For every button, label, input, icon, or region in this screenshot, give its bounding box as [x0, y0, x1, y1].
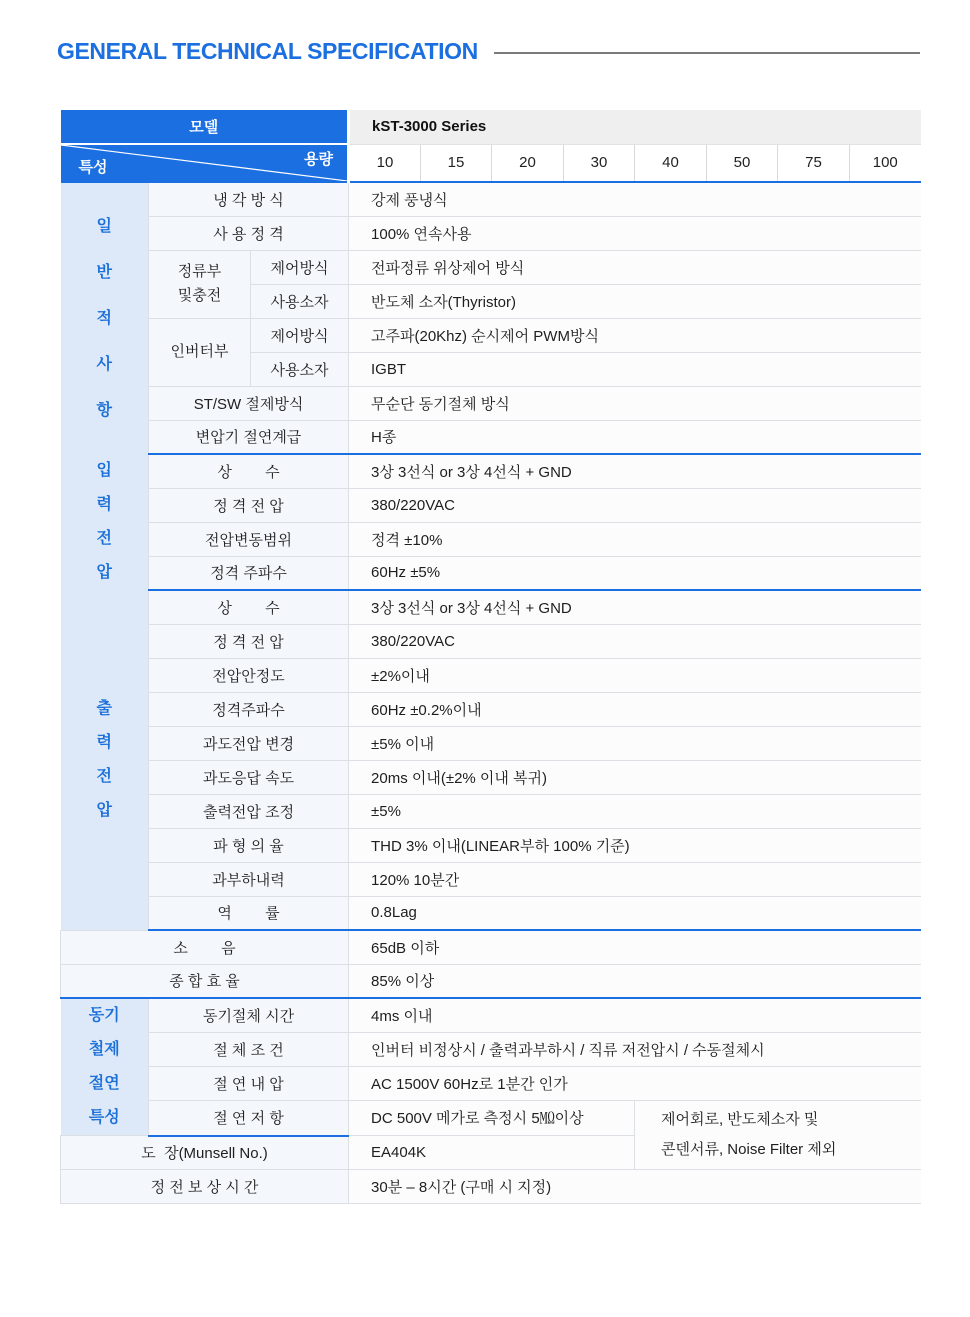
spec-row: 출력전압 조정 ±5% — [61, 794, 921, 828]
spec-row-value: 0.8Lag — [349, 896, 921, 930]
spec-row: 정격주파수 60Hz ±0.2%이내 — [61, 692, 921, 726]
spec-row-value: IGBT — [349, 352, 921, 386]
spec-row-value: 100% 연속사용 — [349, 216, 921, 250]
spec-row-label: 전압안정도 — [149, 658, 349, 692]
spec-row-value: 85% 이상 — [349, 964, 921, 998]
capacity-header: 30 — [564, 144, 635, 182]
capacity-header: 15 — [421, 144, 492, 182]
capacity-header: 10 — [349, 144, 421, 182]
spec-row: 정 격 전 압 380/220VAC — [61, 624, 921, 658]
group-rectifier: 정류부 및충전 — [149, 250, 251, 318]
spec-row-value: DC 500V 메가로 측정시 5㏁이상 — [349, 1100, 635, 1136]
spec-row: 소 음 65dB 이하 — [61, 930, 921, 964]
spec-row: 정격 주파수 60Hz ±5% — [61, 556, 921, 590]
capacity-header: 75 — [778, 144, 850, 182]
axis-header-cell: 특성 용량 — [61, 144, 349, 182]
category-output: 출 력 전 압 — [61, 590, 149, 930]
spec-row-value: ±2%이내 — [349, 658, 921, 692]
exclusion-note: 제어회로, 반도체소자 및 콘덴서류, Noise Filter 제외 — [635, 1100, 921, 1170]
axis-row-label: 특성 — [79, 156, 108, 177]
spec-row: 역 률 0.8Lag — [61, 896, 921, 930]
spec-row-label: 상 수 — [149, 590, 349, 624]
series-name-cell: kST-3000 Series — [349, 110, 921, 144]
capacity-header: 40 — [635, 144, 707, 182]
spec-row-label: 출력전압 조정 — [149, 794, 349, 828]
spec-row-value: 3상 3선식 or 3상 4선식 + GND — [349, 590, 921, 624]
spec-row-value: 380/220VAC — [349, 624, 921, 658]
spec-row: 전압안정도 ±2%이내 — [61, 658, 921, 692]
page-title: GENERAL TECHNICAL SPECIFICATION — [57, 36, 478, 66]
spec-row-value: 380/220VAC — [349, 488, 921, 522]
capacity-header: 20 — [492, 144, 564, 182]
spec-row: 과도전압 변경 ±5% 이내 — [61, 726, 921, 760]
spec-row-value: 60Hz ±0.2%이내 — [349, 692, 921, 726]
spec-row-label: 상 수 — [149, 454, 349, 488]
category-input: 입 력 전 압 — [61, 454, 149, 590]
spec-row-label: 정격주파수 — [149, 692, 349, 726]
spec-row-label: 과부하내력 — [149, 862, 349, 896]
spec-table-container: 모델 kST-3000 Series 특성 용량 10 15 20 30 40 … — [60, 110, 920, 1204]
axis-col-label: 용량 — [304, 148, 333, 169]
spec-row: 변압기 절연계급 H종 — [61, 420, 921, 454]
spec-row: 과도응답 속도 20ms 이내(±2% 이내 복귀) — [61, 760, 921, 794]
capacity-header: 50 — [707, 144, 778, 182]
spec-row-label: 역 률 — [149, 896, 349, 930]
spec-row-label: 제어방식 — [251, 318, 349, 352]
spec-row-value: 20ms 이내(±2% 이내 복귀) — [349, 760, 921, 794]
spec-row-label: 종 합 효 율 — [61, 964, 349, 998]
header-row-model: 모델 kST-3000 Series — [61, 110, 921, 144]
spec-row-label: ST/SW 절제방식 — [149, 386, 349, 420]
spec-row-value: 전파정류 위상제어 방식 — [349, 250, 921, 284]
spec-row-value: 고주파(20Khz) 순시제어 PWM방식 — [349, 318, 921, 352]
diagonal-cell: 특성 용량 — [61, 145, 348, 181]
title-rule — [494, 52, 920, 54]
spec-row-label: 정격 주파수 — [149, 556, 349, 590]
spec-row: 일 반 적 사 항 냉 각 방 식 강제 풍냉식 — [61, 182, 921, 216]
spec-row-value: EA404K — [349, 1136, 635, 1170]
spec-row-value: ±5% 이내 — [349, 726, 921, 760]
spec-row: 사 용 정 격 100% 연속사용 — [61, 216, 921, 250]
spec-row-value: 강제 풍냉식 — [349, 182, 921, 216]
spec-row-label: 사용소자 — [251, 352, 349, 386]
spec-row-value: 반도체 소자(Thyristor) — [349, 284, 921, 318]
spec-row: 정 전 보 상 시 간 30분 – 8시간 (구매 시 지정) — [61, 1170, 921, 1204]
spec-row-label: 정 전 보 상 시 간 — [61, 1170, 349, 1204]
spec-row-label: 절 체 조 건 — [149, 1032, 349, 1066]
spec-row: 파 형 의 율 THD 3% 이내(LINEAR부하 100% 기준) — [61, 828, 921, 862]
spec-row-value: 65dB 이하 — [349, 930, 921, 964]
spec-row: 과부하내력 120% 10분간 — [61, 862, 921, 896]
spec-row-label: 변압기 절연계급 — [149, 420, 349, 454]
spec-row: 절 연 내 압 AC 1500V 60Hz로 1분간 인가 — [61, 1066, 921, 1100]
spec-table: 모델 kST-3000 Series 특성 용량 10 15 20 30 40 … — [60, 110, 921, 1204]
spec-row-value: 정격 ±10% — [349, 522, 921, 556]
spec-row-value: ±5% — [349, 794, 921, 828]
spec-row: 정류부 및충전 제어방식 전파정류 위상제어 방식 — [61, 250, 921, 284]
spec-row-value: H종 — [349, 420, 921, 454]
spec-row: 종 합 효 율 85% 이상 — [61, 964, 921, 998]
category-sync-insulation: 동기 철제 절연 특성 — [61, 998, 149, 1136]
spec-row-label: 냉 각 방 식 — [149, 182, 349, 216]
spec-row: 동기 철제 절연 특성 동기절체 시간 4ms 이내 — [61, 998, 921, 1032]
spec-row-label: 동기절체 시간 — [149, 998, 349, 1032]
spec-row-value: 60Hz ±5% — [349, 556, 921, 590]
spec-row-label: 소 음 — [61, 930, 349, 964]
spec-row-value: 3상 3선식 or 3상 4선식 + GND — [349, 454, 921, 488]
spec-row-value: 인버터 비정상시 / 출력과부하시 / 직류 저전압시 / 수동절체시 — [349, 1032, 921, 1066]
spec-row-label: 절 연 저 항 — [149, 1100, 349, 1136]
spec-row-label: 제어방식 — [251, 250, 349, 284]
spec-row-label: 도 장(Munsell No.) — [61, 1136, 349, 1170]
spec-row-label: 사 용 정 격 — [149, 216, 349, 250]
spec-row: 출 력 전 압 상 수 3상 3선식 or 3상 4선식 + GND — [61, 590, 921, 624]
spec-row-value: 120% 10분간 — [349, 862, 921, 896]
spec-row: ST/SW 절제방식 무순단 동기절체 방식 — [61, 386, 921, 420]
spec-row-label: 전압변동범위 — [149, 522, 349, 556]
spec-row-label: 과도전압 변경 — [149, 726, 349, 760]
spec-row-label: 정 격 전 압 — [149, 488, 349, 522]
spec-row: 절 연 저 항 DC 500V 메가로 측정시 5㏁이상 제어회로, 반도체소자… — [61, 1100, 921, 1136]
spec-row: 입 력 전 압 상 수 3상 3선식 or 3상 4선식 + GND — [61, 454, 921, 488]
page-header: GENERAL TECHNICAL SPECIFICATION — [57, 36, 920, 66]
spec-row-value: 무순단 동기절체 방식 — [349, 386, 921, 420]
group-inverter: 인버터부 — [149, 318, 251, 386]
spec-row-label: 절 연 내 압 — [149, 1066, 349, 1100]
spec-row-value: THD 3% 이내(LINEAR부하 100% 기준) — [349, 828, 921, 862]
header-row-capacity: 특성 용량 10 15 20 30 40 50 75 100 — [61, 144, 921, 182]
spec-row: 절 체 조 건 인버터 비정상시 / 출력과부하시 / 직류 저전압시 / 수동… — [61, 1032, 921, 1066]
spec-row: 전압변동범위 정격 ±10% — [61, 522, 921, 556]
spec-row-value: 4ms 이내 — [349, 998, 921, 1032]
spec-row-value: 30분 – 8시간 (구매 시 지정) — [349, 1170, 921, 1204]
capacity-header: 100 — [850, 144, 921, 182]
spec-row-label: 과도응답 속도 — [149, 760, 349, 794]
spec-row-label: 정 격 전 압 — [149, 624, 349, 658]
spec-row-label: 파 형 의 율 — [149, 828, 349, 862]
spec-row: 인버터부 제어방식 고주파(20Khz) 순시제어 PWM방식 — [61, 318, 921, 352]
category-general: 일 반 적 사 항 — [61, 182, 149, 454]
model-header-cell: 모델 — [61, 110, 349, 144]
spec-row-label: 사용소자 — [251, 284, 349, 318]
spec-row: 정 격 전 압 380/220VAC — [61, 488, 921, 522]
spec-row-value: AC 1500V 60Hz로 1분간 인가 — [349, 1066, 921, 1100]
